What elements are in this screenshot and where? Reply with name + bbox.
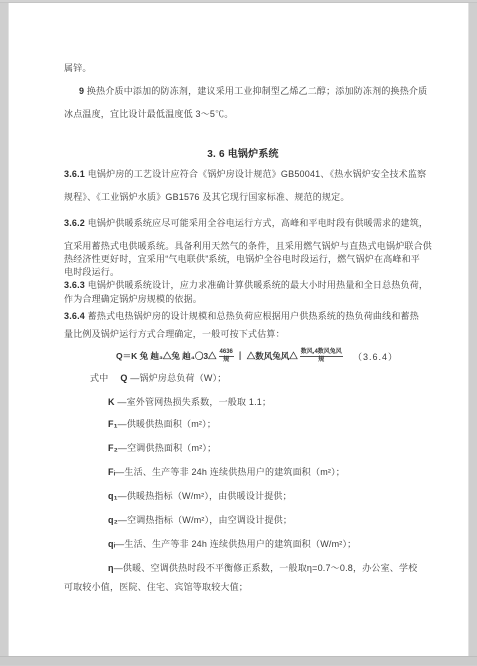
definition-text: —供暖、空调供热时段不平衡修正系数，一般取η=0.7～0.8，办公室、学校 [114,563,418,573]
clause-line: 3.6.2 电锅炉供暖系统应尽可能采用全谷电运行方式，高峰和平电时段有供暖需求的… [64,217,422,230]
clause-number: 3.6.2 [64,218,85,228]
paragraph-text: 换热介质中添加的防冻剂，建议采用工业抑制型乙烯乙二醇；添加防冻剂的换热介质 [87,86,427,96]
where-label: 式中 [90,373,108,383]
definition-text: —供暖供热面积（m²）； [118,419,216,429]
definition-line: q₂—空调热指标（W/m²），由空调设计提供； [64,514,422,527]
equation-body: Q＝K 兔 赸₃△兔 赸₄〇3△ 4636规 丨 △数风兔风△ 数风,4数风兔风… [116,349,343,364]
definition-text: —空调热指标（W/m²），由空调设计提供； [118,515,292,525]
page-gap-bottom [0,656,477,665]
definition-text: —锅炉房总负荷（W）； [128,373,227,383]
list-number: 9 [79,86,84,96]
clause-number: 3.6.3 [64,280,85,290]
definition-line: F₁—供暖供热面积（m²）； [64,418,422,431]
clause-line: 量比例及锅炉运行方式合理确定，一般可按下式估算： [64,328,422,341]
definition-text: —空调供热面积（m²）； [118,443,216,453]
clause-line: 电时段运行。 [64,266,422,279]
definition-continuation: 可取较小值，医院、住宅、宾馆等取较大值； [64,581,422,594]
clause-number: 3.6.1 [64,169,85,179]
equation-fraction: 4636规 [219,349,234,364]
paragraph-line: 9 换热介质中添加的防冻剂，建议采用工业抑制型乙烯乙二醇；添加防冻剂的换热介质 [64,85,422,98]
definition-text: —室外管网热损失系数，一般取 1.1； [115,397,272,407]
document-page: 属锌。 9 换热介质中添加的防冻剂，建议采用工业抑制型乙烯乙二醇；添加防冻剂的换… [8,3,469,656]
clause-text: 电锅炉供暖系统设计，应力求准确计算供暖系统的最大小时用热量和全日总热负荷， [88,280,428,290]
definition-line: q₁—供暖热指标（W/m²），由供暖设计提供； [64,490,422,503]
clause-text: 电锅炉房的工艺设计应符合《锅炉房设计规范》GB50041、《热水锅炉安全技术监察 [88,169,427,179]
clause-line: 热经济性更好时，宜采用“气电联供”系统，电锅炉全谷电时段运行，燃气锅炉在高峰和平 [64,253,422,266]
definition-line: qᵢ—生活、生产等非 24h 连续供热用户的建筑面积（W/m²）； [64,538,422,551]
symbol: Q [120,373,127,383]
definition-line: K —室外管网热损失系数，一般取 1.1； [64,396,422,409]
equation-fraction: 数风,4数风兔风规 [300,349,343,364]
definition-text: —生活、生产等非 24h 连续供热用户的建筑面积（W/m²）； [115,539,356,549]
definition-text: —生活、生产等非 24h 连续供热用户的建筑面积（m²）； [115,467,345,477]
paragraph-line: 属锌。 [64,62,422,75]
clause-number: 3.6.4 [64,311,85,321]
definition-line: F₂—空调供热面积（m²）； [64,442,422,455]
definition-line: η—供暖、空调供热时段不平衡修正系数，一般取η=0.7～0.8，办公室、学校 [64,562,422,575]
definition-line: 式中Q —锅炉房总负荷（W）； [64,372,422,385]
equation-lhs: Q＝K 兔 赸₃△兔 赸₄〇3△ [116,350,217,362]
symbol: K [108,397,115,407]
definition-text: —供暖热指标（W/m²），由供暖设计提供； [118,491,292,501]
clause-line: 宜采用蓄热式电供暖系统。具备利用天然气的条件，且采用燃气锅炉与直热式电锅炉联合供 [64,240,422,253]
clause-line: 3.6.1 电锅炉房的工艺设计应符合《锅炉房设计规范》GB50041、《热水锅炉… [64,168,422,181]
symbol: q₁ [108,491,118,501]
clause-line: 规程》、《工业锅炉水质》GB1576 及其它现行国家标准、规范的规定。 [64,191,422,204]
clause-line: 作为合理确定锅炉房规模的依据。 [64,293,422,306]
section-heading: 3. 6 电锅炉系统 [64,148,422,161]
clause-line: 3.6.3 电锅炉供暖系统设计，应力求准确计算供暖系统的最大小时用热量和全日总热… [64,279,422,292]
clause-text: 电锅炉供暖系统应尽可能采用全谷电运行方式，高峰和平电时段有供暖需求的建筑， [88,218,428,228]
symbol: q₂ [108,515,118,525]
symbol: F₂ [108,443,118,453]
equation-number: （3.6.4） [353,350,398,363]
clause-text: 蓄热式电热锅炉房的设计规模和总热负荷应根据用户供热系统的热负荷曲线和蓄热 [88,311,419,321]
clause-line: 3.6.4 蓄热式电热锅炉房的设计规模和总热负荷应根据用户供热系统的热负荷曲线和… [64,310,422,323]
equation: Q＝K 兔 赸₃△兔 赸₄〇3△ 4636规 丨 △数风兔风△ 数风,4数风兔风… [64,346,422,366]
symbol: F₁ [108,419,118,429]
equation-mid: 丨 △数风兔风△ [236,350,298,362]
definition-line: Fᵢ—生活、生产等非 24h 连续供热用户的建筑面积（m²）； [64,466,422,479]
paragraph-line: 冰点温度，宜比设计最低温度低 3～5℃。 [64,108,422,121]
